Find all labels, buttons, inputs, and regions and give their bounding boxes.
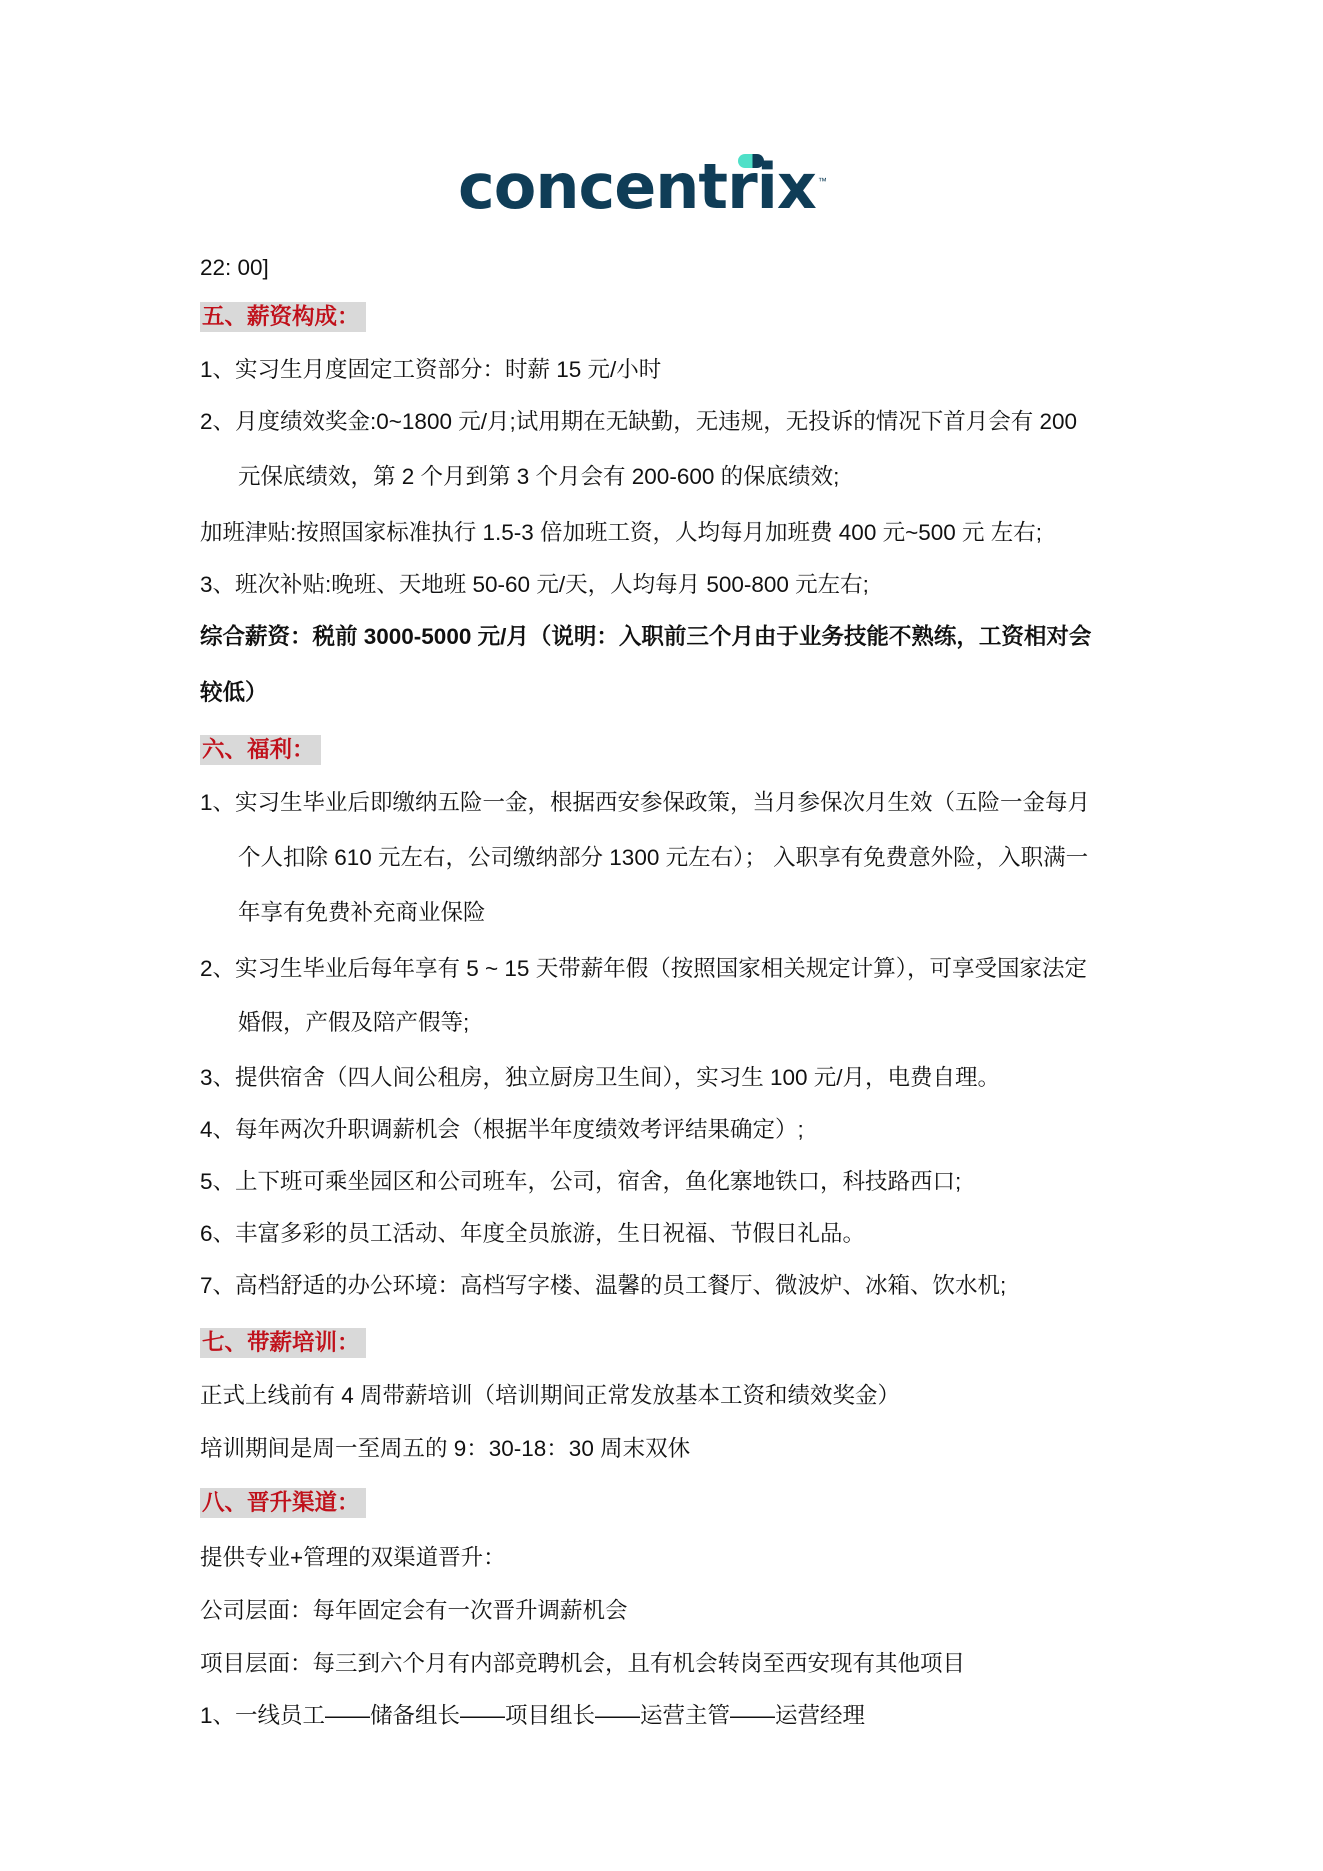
- concentrix-logo: concentrix ™: [458, 148, 827, 218]
- promotion-line: 提供专业+管理的双渠道晋升：: [200, 1543, 506, 1573]
- benefits-line: 4、每年两次升职调薪机会（根据半年度绩效考评结果确定）;: [200, 1115, 804, 1145]
- benefits-line: 1、实习生毕业后即缴纳五险一金，根据西安参保政策，当月参保次月生效（五险一金每月: [200, 788, 1090, 818]
- salary-line: 元保底绩效，第 2 个月到第 3 个月会有 200-600 的保底绩效;: [238, 462, 839, 492]
- salary-total-line: 较低）: [200, 678, 268, 708]
- training-line: 培训期间是周一至周五的 9：30-18：30 周末双休: [200, 1434, 690, 1464]
- benefits-line: 2、实习生毕业后每年享有 5 ~ 15 天带薪年假（按照国家相关规定计算），可享…: [200, 954, 1087, 984]
- benefits-line: 7、高档舒适的办公环境：高档写字楼、温馨的员工餐厅、微波炉、冰箱、饮水机;: [200, 1271, 1006, 1301]
- benefits-line: 婚假，产假及陪产假等;: [238, 1008, 469, 1038]
- benefits-line: 年享有免费补充商业保险: [238, 898, 486, 928]
- promotion-line: 公司层面：每年固定会有一次晋升调薪机会: [200, 1596, 628, 1626]
- section-heading-benefits: 六、福利：: [200, 735, 321, 765]
- benefits-line: 个人扣除 610 元左右，公司缴纳部分 1300 元左右）； 入职享有免费意外险…: [238, 843, 1088, 873]
- promotion-line: 1、一线员工——储备组长——项目组长——运营主管——运营经理: [200, 1701, 865, 1731]
- training-line: 正式上线前有 4 周带薪培训（培训期间正常发放基本工资和绩效奖金）: [200, 1381, 900, 1411]
- section-heading-salary: 五、薪资构成：: [200, 302, 366, 332]
- salary-total-line: 综合薪资：税前 3000-5000 元/月（说明：入职前三个月由于业务技能不熟练…: [200, 622, 1091, 652]
- section-heading-training: 七、带薪培训：: [200, 1328, 366, 1358]
- benefits-line: 5、上下班可乘坐园区和公司班车，公司，宿舍，鱼化寨地铁口，科技路西口;: [200, 1167, 961, 1197]
- promotion-line: 项目层面：每三到六个月有内部竞聘机会，且有机会转岗至西安现有其他项目: [200, 1649, 965, 1679]
- salary-line: 1、实习生月度固定工资部分：时薪 15 元/小时: [200, 355, 661, 385]
- logo-accent-dot-icon: [738, 154, 764, 168]
- benefits-line: 3、提供宿舍（四人间公租房，独立厨房卫生间），实习生 100 元/月，电费自理。: [200, 1063, 1000, 1093]
- logo-trademark: ™: [818, 176, 827, 186]
- salary-line: 2、月度绩效奖金:0~1800 元/月;试用期在无缺勤，无违规，无投诉的情况下首…: [200, 407, 1077, 437]
- salary-line: 3、班次补贴:晚班、天地班 50-60 元/天，人均每月 500-800 元左右…: [200, 570, 869, 600]
- benefits-line: 6、丰富多彩的员工活动、年度全员旅游，生日祝福、节假日礼品。: [200, 1219, 865, 1249]
- intro-line: 22: 00]: [200, 253, 269, 283]
- salary-line: 加班津贴:按照国家标准执行 1.5-3 倍加班工资，人均每月加班费 400 元~…: [200, 518, 1042, 548]
- section-heading-promotion: 八、晋升渠道：: [200, 1488, 366, 1518]
